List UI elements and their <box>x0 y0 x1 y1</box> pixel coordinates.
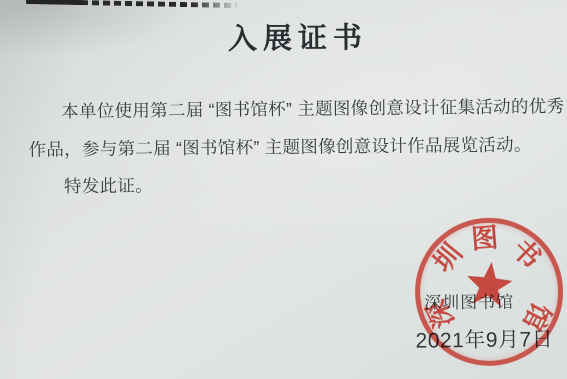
certificate-title: 入展证书 <box>0 13 566 60</box>
red-star-icon <box>461 258 516 313</box>
body-line-1: 本单位使用第二届 “图书馆杯” 主题图像创意设计征集活动的优秀 <box>61 93 564 123</box>
body-line-2: 作品，参与第二届 “图书馆杯” 主题图像创意设计作品展览活动。 <box>28 131 531 161</box>
seal-ring-char: 图 <box>470 224 499 253</box>
official-seal: 深 圳 图 书 馆 <box>414 217 564 367</box>
certificate-content: 入展证书 本单位使用第二届 “图书馆杯” 主题图像创意设计征集活动的优秀 作品，… <box>0 0 567 379</box>
body-line-3: 特发此证。 <box>64 172 153 198</box>
certificate-photo: 入展证书 本单位使用第二届 “图书馆杯” 主题图像创意设计征集活动的优秀 作品，… <box>0 0 567 379</box>
